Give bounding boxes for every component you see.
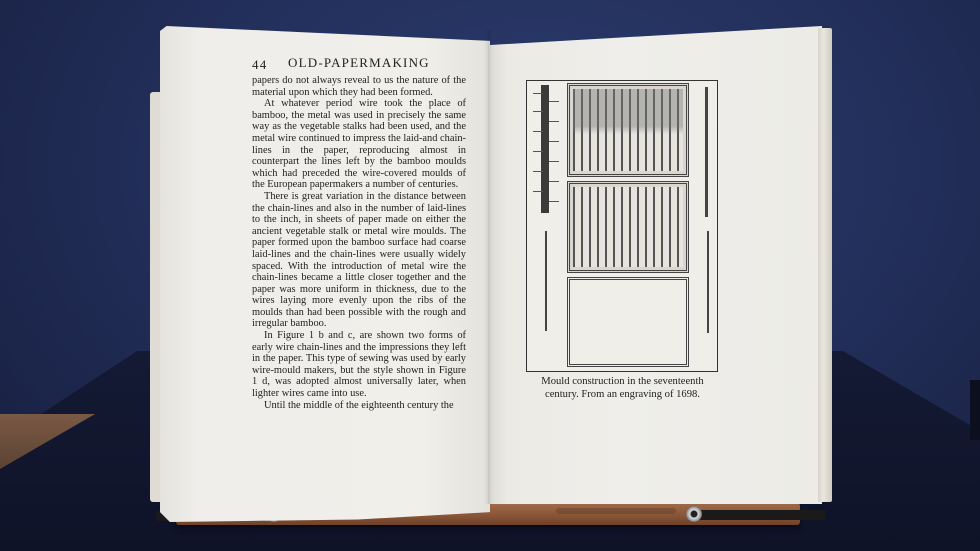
caption-line: Mould construction in the seventeenth <box>520 375 725 388</box>
mould-ribs <box>573 89 683 171</box>
rod-left-bottom <box>545 231 547 331</box>
clip-knob-right-icon <box>686 506 702 522</box>
wire-hook <box>533 111 543 112</box>
mould-middle <box>567 181 689 273</box>
wire-hook <box>533 151 543 152</box>
wire-hook <box>549 161 559 162</box>
running-title: OLD-PAPERMAKING <box>288 55 430 71</box>
page-clip-right <box>696 510 826 520</box>
wire-hook <box>533 191 543 192</box>
wire-hook <box>549 121 559 122</box>
paragraph: In Figure 1 b and c, are shown two forms… <box>252 330 466 400</box>
paragraph: papers do not always reveal to us the na… <box>252 75 466 98</box>
wire-hook <box>533 131 543 132</box>
mould-ribs <box>573 187 683 267</box>
book-gutter <box>484 30 494 504</box>
page-number: 44 <box>252 57 267 73</box>
wire-bar <box>541 85 549 213</box>
figure-caption: Mould construction in the seventeenth ce… <box>520 375 725 401</box>
wire-hook <box>549 201 559 202</box>
shadow-edge <box>970 380 980 440</box>
wire-hook <box>549 141 559 142</box>
wire-hook <box>549 101 559 102</box>
mould-top <box>567 83 689 177</box>
wire-hook <box>549 181 559 182</box>
wire-hook <box>533 171 543 172</box>
wire-hook <box>533 93 543 94</box>
engraving-illustration <box>526 80 718 372</box>
deckle-frame <box>567 277 689 367</box>
body-text: papers do not always reveal to us the na… <box>252 75 466 411</box>
stand-groove <box>556 508 676 514</box>
page-block-right <box>818 28 832 502</box>
paragraph: At whatever period wire took the place o… <box>252 98 466 191</box>
rod-right-top <box>705 87 708 217</box>
paragraph: Until the middle of the eighteenth centu… <box>252 400 466 412</box>
paragraph: There is great variation in the distance… <box>252 191 466 330</box>
rod-right-bottom <box>707 231 709 333</box>
caption-line: century. From an engraving of 1698. <box>520 388 725 401</box>
